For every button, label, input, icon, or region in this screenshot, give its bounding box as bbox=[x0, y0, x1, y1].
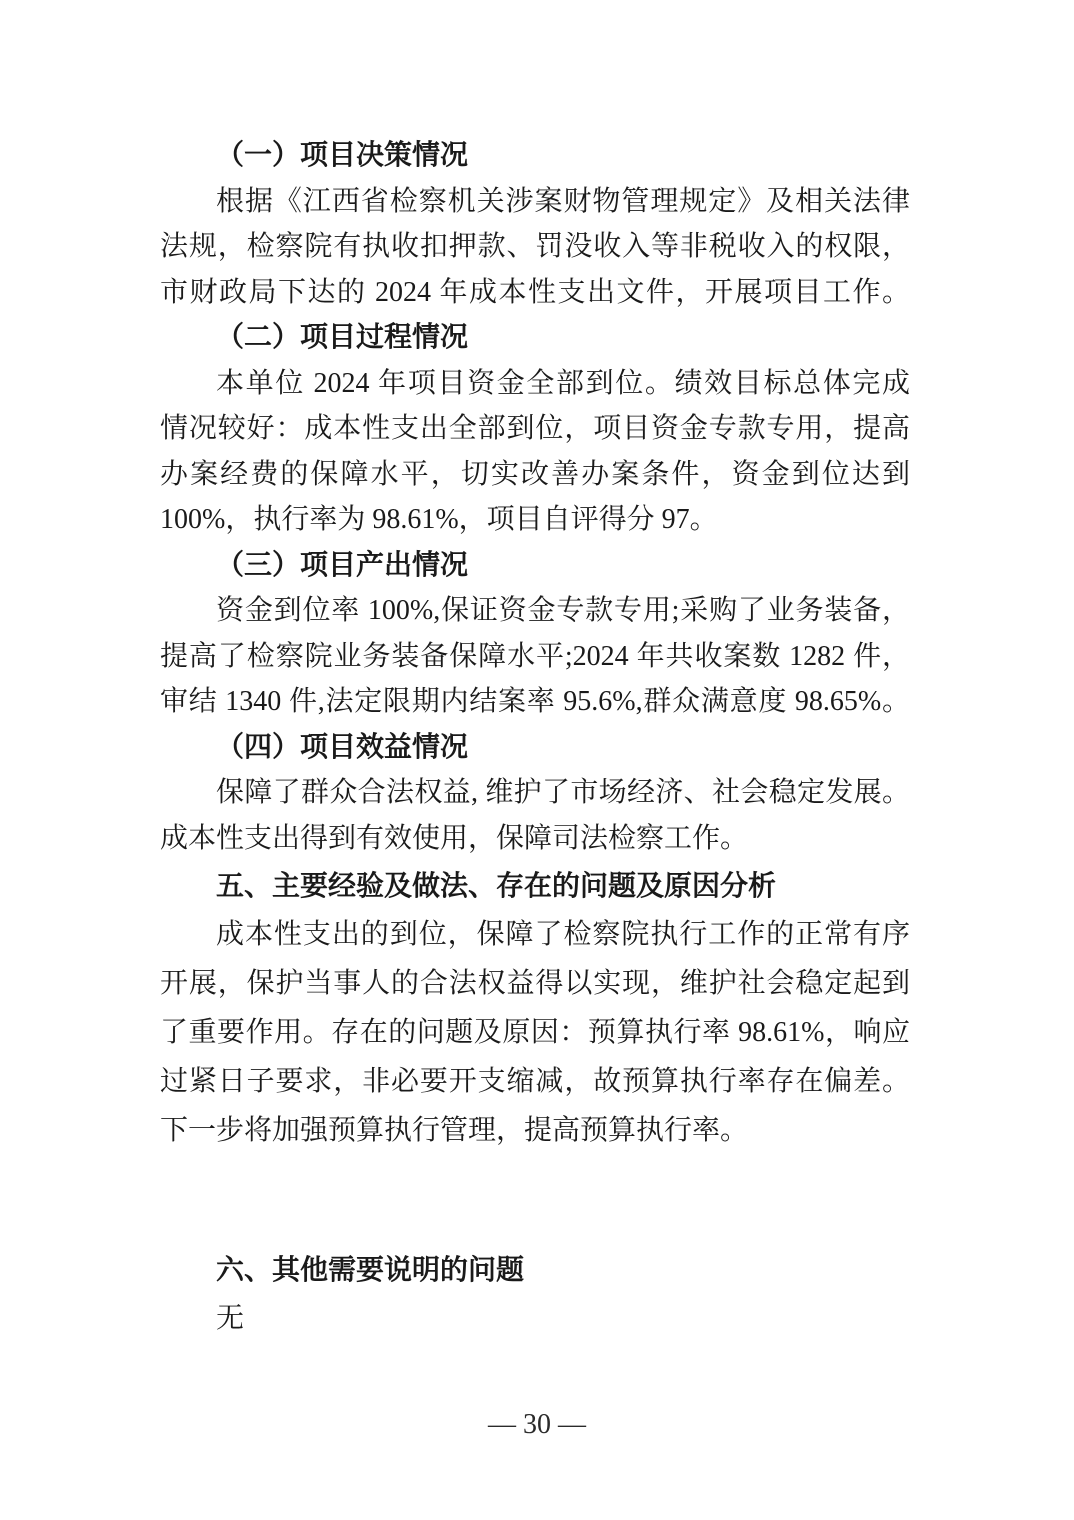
section-heading-2: （二）项目过程情况 bbox=[160, 315, 910, 361]
section-other-notes: 六、其他需要说明的问题 无 bbox=[160, 1245, 910, 1343]
body-line: 资金到位率 100%,保证资金专款专用;采购了业务装备， bbox=[160, 588, 910, 634]
body-line: 提高了检察院业务装备保障水平;2024 年共收案数 1282 件， bbox=[160, 634, 910, 680]
section-heading-5: 五、主要经验及做法、存在的问题及原因分析 bbox=[160, 861, 910, 910]
section-experience-problems: 五、主要经验及做法、存在的问题及原因分析 成本性支出的到位，保障了检察院执行工作… bbox=[160, 861, 910, 1155]
document-body: （一）项目决策情况 根据《江西省检察机关涉案财物管理规定》及相关法律 法规，检察… bbox=[160, 133, 910, 1343]
body-line: 无 bbox=[160, 1294, 910, 1343]
body-line: 法规，检察院有执收扣押款、罚没收入等非税收入的权限， bbox=[160, 224, 910, 270]
body-line: 过紧日子要求，非必要开支缩减，故预算执行率存在偏差。 bbox=[160, 1057, 910, 1106]
body-line: 根据《江西省检察机关涉案财物管理规定》及相关法律 bbox=[160, 179, 910, 225]
page-number: — 30 — bbox=[0, 1400, 1074, 1449]
section-project-process: （二）项目过程情况 本单位 2024 年项目资金全部到位。绩效目标总体完成 情况… bbox=[160, 315, 910, 543]
body-line: 保障了群众合法权益, 维护了市场经济、社会稳定发展。 bbox=[160, 770, 910, 816]
body-line: 了重要作用。存在的问题及原因：预算执行率 98.61%，响应 bbox=[160, 1008, 910, 1057]
section-project-benefit: （四）项目效益情况 保障了群众合法权益, 维护了市场经济、社会稳定发展。 成本性… bbox=[160, 725, 910, 862]
section-heading-6: 六、其他需要说明的问题 bbox=[160, 1245, 910, 1294]
section-project-decision: （一）项目决策情况 根据《江西省检察机关涉案财物管理规定》及相关法律 法规，检察… bbox=[160, 133, 910, 315]
body-line: 成本性支出得到有效使用，保障司法检察工作。 bbox=[160, 816, 910, 862]
body-line: 情况较好：成本性支出全部到位，项目资金专款专用，提高 bbox=[160, 406, 910, 452]
body-line: 100%，执行率为 98.61%，项目自评得分 97。 bbox=[160, 497, 910, 543]
section-heading-1: （一）项目决策情况 bbox=[160, 133, 910, 179]
document-page: （一）项目决策情况 根据《江西省检察机关涉案财物管理规定》及相关法律 法规，检察… bbox=[0, 0, 1074, 1520]
section-heading-3: （三）项目产出情况 bbox=[160, 543, 910, 589]
section-heading-4: （四）项目效益情况 bbox=[160, 725, 910, 771]
body-line: 开展，保护当事人的合法权益得以实现，维护社会稳定起到 bbox=[160, 959, 910, 1008]
body-line: 审结 1340 件,法定限期内结案率 95.6%,群众满意度 98.65%。 bbox=[160, 679, 910, 725]
body-line: 办案经费的保障水平，切实改善办案条件，资金到位达到 bbox=[160, 452, 910, 498]
section-project-output: （三）项目产出情况 资金到位率 100%,保证资金专款专用;采购了业务装备， 提… bbox=[160, 543, 910, 725]
body-line: 本单位 2024 年项目资金全部到位。绩效目标总体完成 bbox=[160, 361, 910, 407]
body-line: 成本性支出的到位，保障了检察院执行工作的正常有序 bbox=[160, 910, 910, 959]
body-line: 下一步将加强预算执行管理，提高预算执行率。 bbox=[160, 1106, 910, 1155]
body-line: 市财政局下达的 2024 年成本性支出文件，开展项目工作。 bbox=[160, 270, 910, 316]
